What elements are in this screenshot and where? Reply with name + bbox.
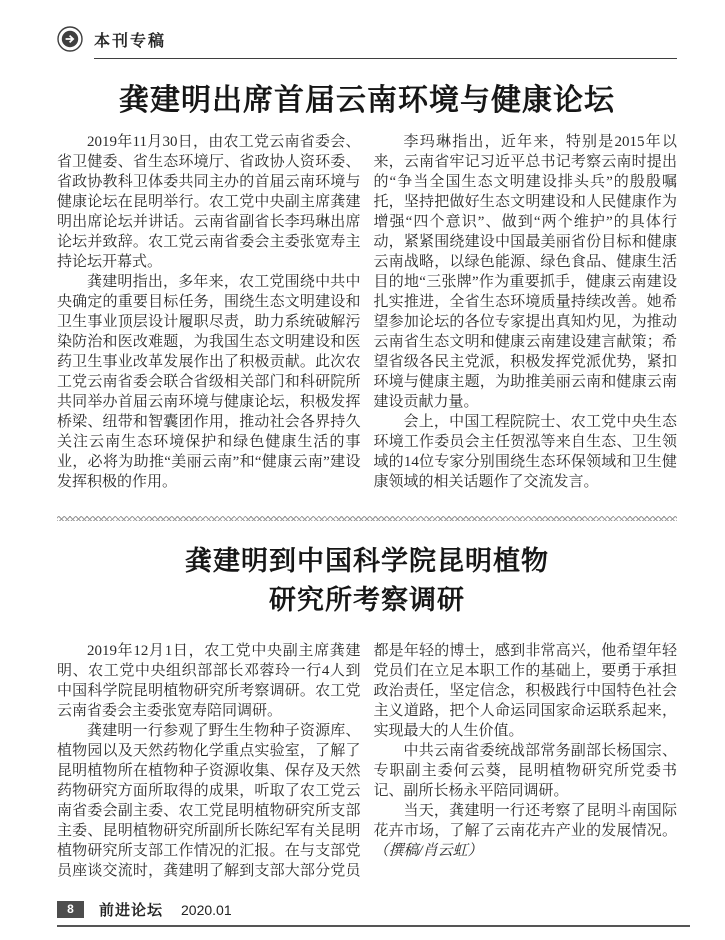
article2-title-line2: 研究所考察调研	[269, 585, 465, 615]
body-text: 龚建明指出，多年来，农工党围绕中共中央确定的重要目标任务，围绕生态文明建设和卫生…	[57, 274, 361, 490]
paragraph: 2019年12月1日，农工党中央副主席龚建明、农工党中央组织部部长邓蓉玲一行4人…	[57, 641, 361, 721]
paragraph: 会上，中国工程院院士、农工党中央生态环境工作委员会主任贺泓等来自生态、卫生领域的…	[374, 412, 678, 492]
header-rule: 本刊专稿	[94, 28, 677, 59]
article2-title: 龚建明到中国科学院昆明植物 研究所考察调研	[57, 542, 677, 620]
paragraph: 当天，龚建明一行还考察了昆明斗南国际花卉市场，了解了云南花卉产业的发展情况。（撰…	[374, 801, 678, 861]
paragraph: 2019年11月30日，由农工党云南省委会、省卫健委、省生态环境厅、省政协人资环…	[57, 132, 361, 272]
body-text: 2019年12月1日，农工党中央副主席龚建明、农工党中央组织部部长邓蓉玲一行4人…	[57, 643, 361, 719]
byline-text: （撰稿/肖云虹）	[374, 843, 483, 859]
paragraph: 龚建明指出，多年来，农工党围绕中共中央确定的重要目标任务，围绕生态文明建设和卫生…	[57, 272, 361, 492]
issue-number: 2020.01	[181, 902, 232, 918]
magazine-page: 本刊专稿 龚建明出席首届云南环境与健康论坛 2019年11月30日，由农工党云南…	[0, 0, 725, 940]
page-header: 本刊专稿	[57, 26, 677, 59]
article2-body: 2019年12月1日，农工党中央副主席龚建明、农工党中央组织部部长邓蓉玲一行4人…	[57, 641, 677, 889]
body-text: 中共云南省委统战部常务副部长杨国宗、专职副主委何云葵，昆明植物研究所党委书记、副…	[374, 743, 678, 799]
column-label: 本刊专稿	[94, 33, 166, 50]
decorative-divider	[57, 516, 677, 521]
journal-name: 前进论坛	[99, 899, 163, 920]
body-text: 李玛琳指出，近年来，特别是2015年以来，云南省牢记习近平总书记考察云南时提出的…	[374, 134, 678, 410]
body-text: 2019年11月30日，由农工党云南省委会、省卫健委、省生态环境厅、省政协人资环…	[57, 134, 361, 270]
article1-body: 2019年11月30日，由农工党云南省委会、省卫健委、省生态环境厅、省政协人资环…	[57, 132, 677, 494]
article1-title: 龚建明出席首届云南环境与健康论坛	[57, 75, 677, 119]
article2-title-line1: 龚建明到中国科学院昆明植物	[185, 546, 549, 576]
page-number-badge: 8	[57, 901, 84, 918]
arrow-circle-icon	[57, 26, 83, 57]
page-footer: 8 前进论坛 2020.01	[57, 899, 690, 927]
body-text: 会上，中国工程院院士、农工党中央生态环境工作委员会主任贺泓等来自生态、卫生领域的…	[374, 414, 678, 490]
paragraph: 李玛琳指出，近年来，特别是2015年以来，云南省牢记习近平总书记考察云南时提出的…	[374, 132, 678, 412]
paragraph: 中共云南省委统战部常务副部长杨国宗、专职副主委何云葵，昆明植物研究所党委书记、副…	[374, 741, 678, 801]
body-text: 当天，龚建明一行还考察了昆明斗南国际花卉市场，了解了云南花卉产业的发展情况。	[374, 803, 678, 839]
